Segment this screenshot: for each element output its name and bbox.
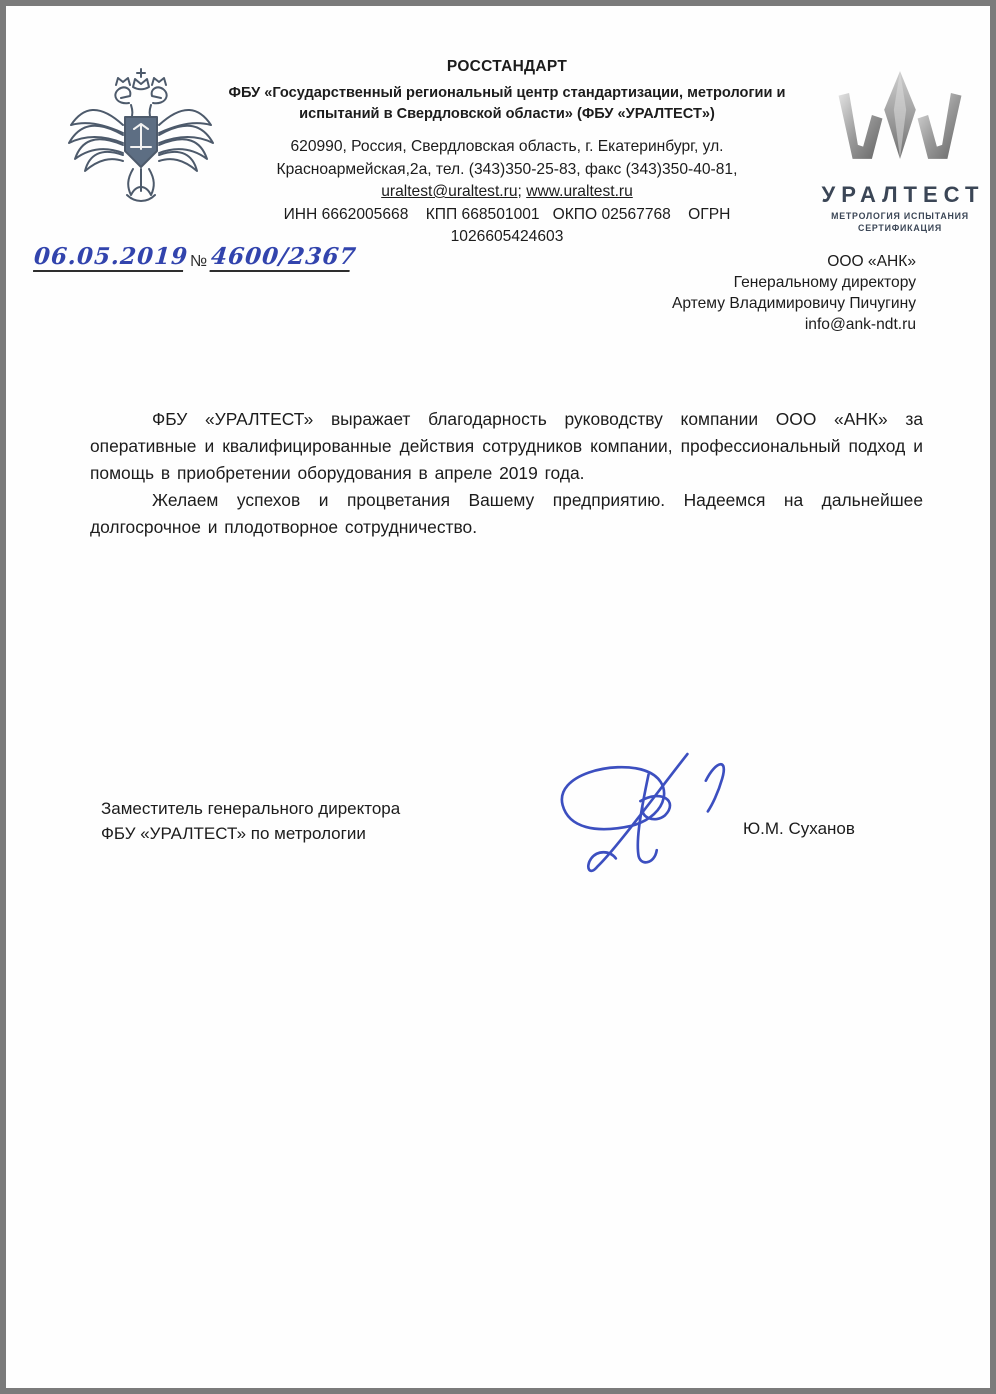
requisites-line1: ИНН 6662005668 КПП 668501001 ОКПО 025677… [284,206,731,223]
signer-position-line1: Заместитель генерального директора [101,796,400,821]
reference-line: 06.05.2019 № 4600/2367 [34,234,351,272]
recipient-email[interactable]: info@ank-ndt.ru [672,314,916,335]
recipient-company: ООО «АНК» [672,251,916,272]
address-line2: Красноармейская,2а, тел. (343)350-25-83,… [277,161,738,178]
letterhead: РОССТАНДАРТ ФБУ «Государственный региона… [222,58,792,248]
body-paragraph-2: Желаем успехов и процветания Вашему пред… [90,487,923,541]
org-address: 620990, Россия, Свердловская область, г.… [222,136,792,204]
letter-page: РОССТАНДАРТ ФБУ «Государственный региона… [0,0,996,1394]
signer-position-line2: ФБУ «УРАЛТЕСТ» по метрологии [101,821,400,846]
recipient-block: ООО «АНК» Генеральному директору Артему … [672,251,916,335]
logo-tagline-line1: МЕТРОЛОГИЯ ИСПЫТАНИЯ [831,211,969,221]
uraltest-logo: УРАЛТЕСТ МЕТРОЛОГИЯ ИСПЫТАНИЯ СЕРТИФИКАЦ… [802,66,996,234]
agency-name: РОССТАНДАРТ [222,58,792,76]
handwritten-number: 4600/2367 [210,243,353,272]
address-separator: ; [518,183,527,200]
address-line1: 620990, Россия, Свердловская область, г.… [290,138,723,155]
signer-position: Заместитель генерального директора ФБУ «… [101,796,400,846]
logo-tagline: МЕТРОЛОГИЯ ИСПЫТАНИЯ СЕРТИФИКАЦИЯ [802,211,996,234]
org-full-name: ФБУ «Государственный региональный центр … [222,83,792,125]
handwritten-date: 06.05.2019 [33,243,185,272]
recipient-name: Артему Владимировичу Пичугину [672,293,916,314]
signer-name: Ю.М. Суханов [743,819,855,839]
body-paragraph-1: ФБУ «УРАЛТЕСТ» выражает благодарность ру… [90,406,923,487]
requisites-line2: 1026605424603 [451,228,564,245]
uraltest-emblem-icon [821,66,979,178]
signature-scrawl-icon [534,751,759,886]
org-email-link[interactable]: uraltest@uraltest.ru [381,183,517,200]
logo-wordmark: УРАЛТЕСТ [802,182,996,208]
logo-tagline-line2: СЕРТИФИКАЦИЯ [858,223,942,233]
org-website-link[interactable]: www.uraltest.ru [526,183,633,200]
recipient-position: Генеральному директору [672,272,916,293]
rosstandart-eagle-icon [61,62,221,224]
letter-body: ФБУ «УРАЛТЕСТ» выражает благодарность ру… [90,406,923,541]
